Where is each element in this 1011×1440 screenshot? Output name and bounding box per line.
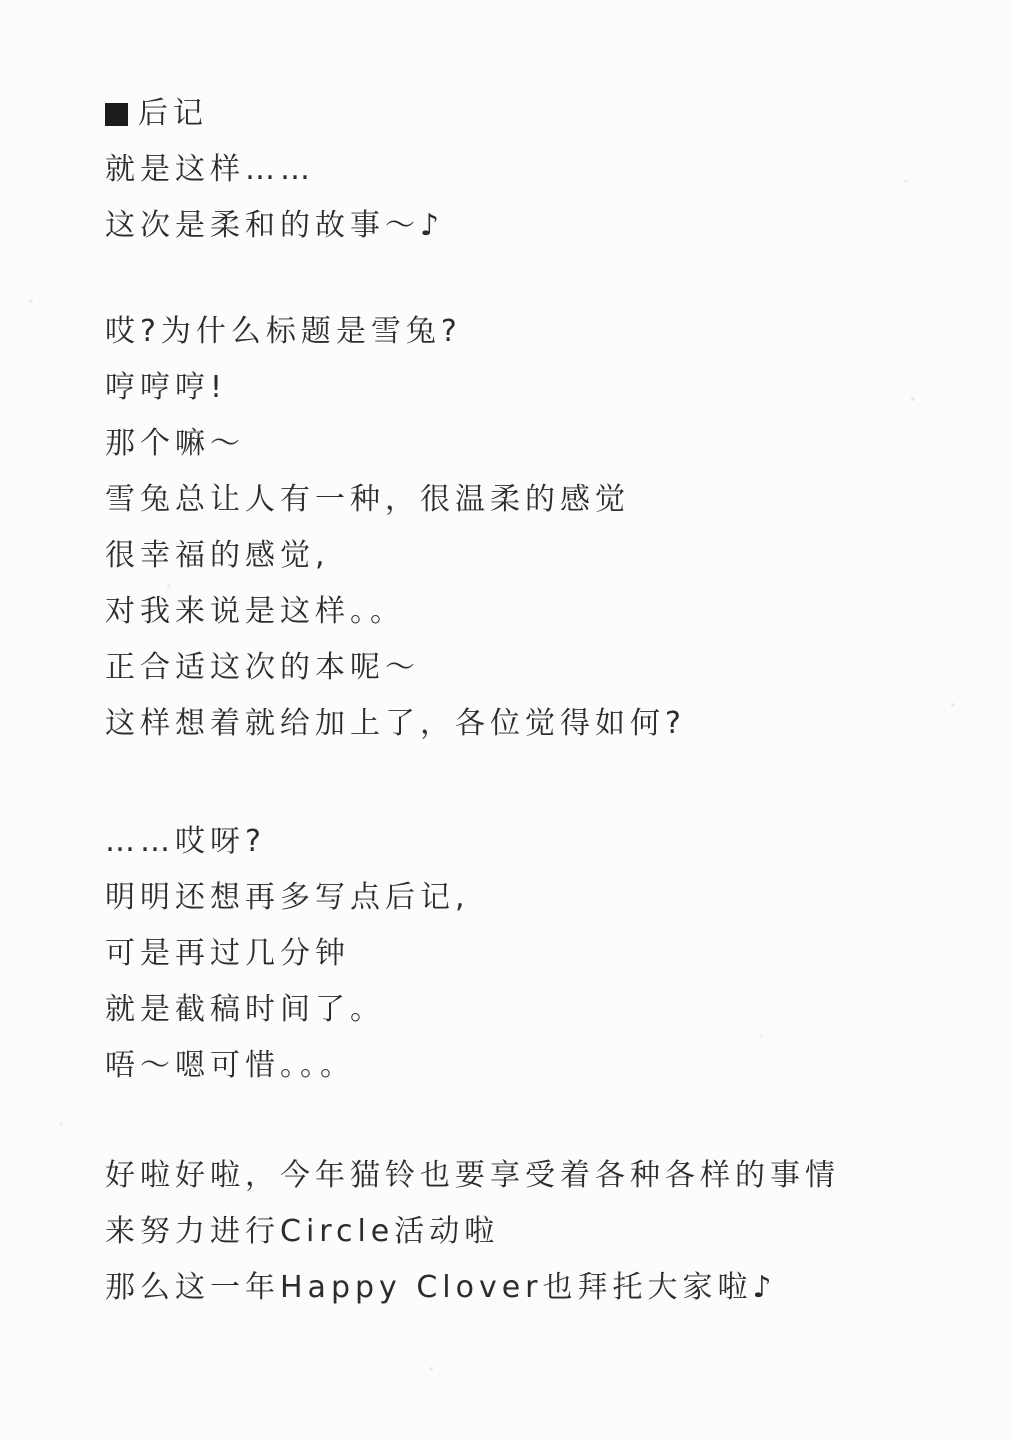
text-line: 来努力进行Circle活动啦 <box>105 1204 935 1260</box>
text-line: 就是截稿时间了。 <box>105 982 935 1038</box>
text-line: ……哎呀? <box>105 814 935 870</box>
text-line: 那个嘛～ <box>105 416 935 472</box>
text-line: 可是再过几分钟 <box>105 926 935 982</box>
text-line: 哎?为什么标题是雪兔? <box>105 304 935 360</box>
text-line: 好啦好啦，今年猫铃也要享受着各种各样的事情 <box>105 1148 935 1204</box>
text-line: 这样想着就给加上了，各位觉得如何? <box>105 696 935 752</box>
afterword-page: 后记 就是这样…… 这次是柔和的故事～♪ 哎?为什么标题是雪兔? 哼哼哼! 那个… <box>105 86 935 1316</box>
text-line: 哼哼哼! <box>105 360 935 416</box>
paper-noise-texture <box>0 0 2 2</box>
afterword-opening-paragraph: 后记 就是这样…… 这次是柔和的故事～♪ <box>105 86 935 254</box>
text-line: 唔～嗯可惜。。。 <box>105 1038 935 1094</box>
section-bullet-square-icon <box>105 103 128 126</box>
text-line: 就是这样…… <box>105 142 935 198</box>
text-line: 雪兔总让人有一种，很温柔的感觉 <box>105 472 935 528</box>
text-line: 明明还想再多写点后记, <box>105 870 935 926</box>
afterword-deadline-paragraph: ……哎呀? 明明还想再多写点后记, 可是再过几分钟 就是截稿时间了。 唔～嗯可惜… <box>105 814 935 1094</box>
text-line: 这次是柔和的故事～♪ <box>105 198 935 254</box>
afterword-title-explanation-paragraph: 哎?为什么标题是雪兔? 哼哼哼! 那个嘛～ 雪兔总让人有一种，很温柔的感觉 很幸… <box>105 304 935 752</box>
text-line: 对我来说是这样。。 <box>105 584 935 640</box>
section-title: 后记 <box>138 86 208 142</box>
text-line: 正合适这次的本呢～ <box>105 640 935 696</box>
text-line: 很幸福的感觉, <box>105 528 935 584</box>
text-line: 那么这一年Happy Clover也拜托大家啦♪ <box>105 1260 935 1316</box>
section-header: 后记 <box>105 86 935 142</box>
afterword-closing-paragraph: 好啦好啦，今年猫铃也要享受着各种各样的事情 来努力进行Circle活动啦 那么这… <box>105 1148 935 1316</box>
